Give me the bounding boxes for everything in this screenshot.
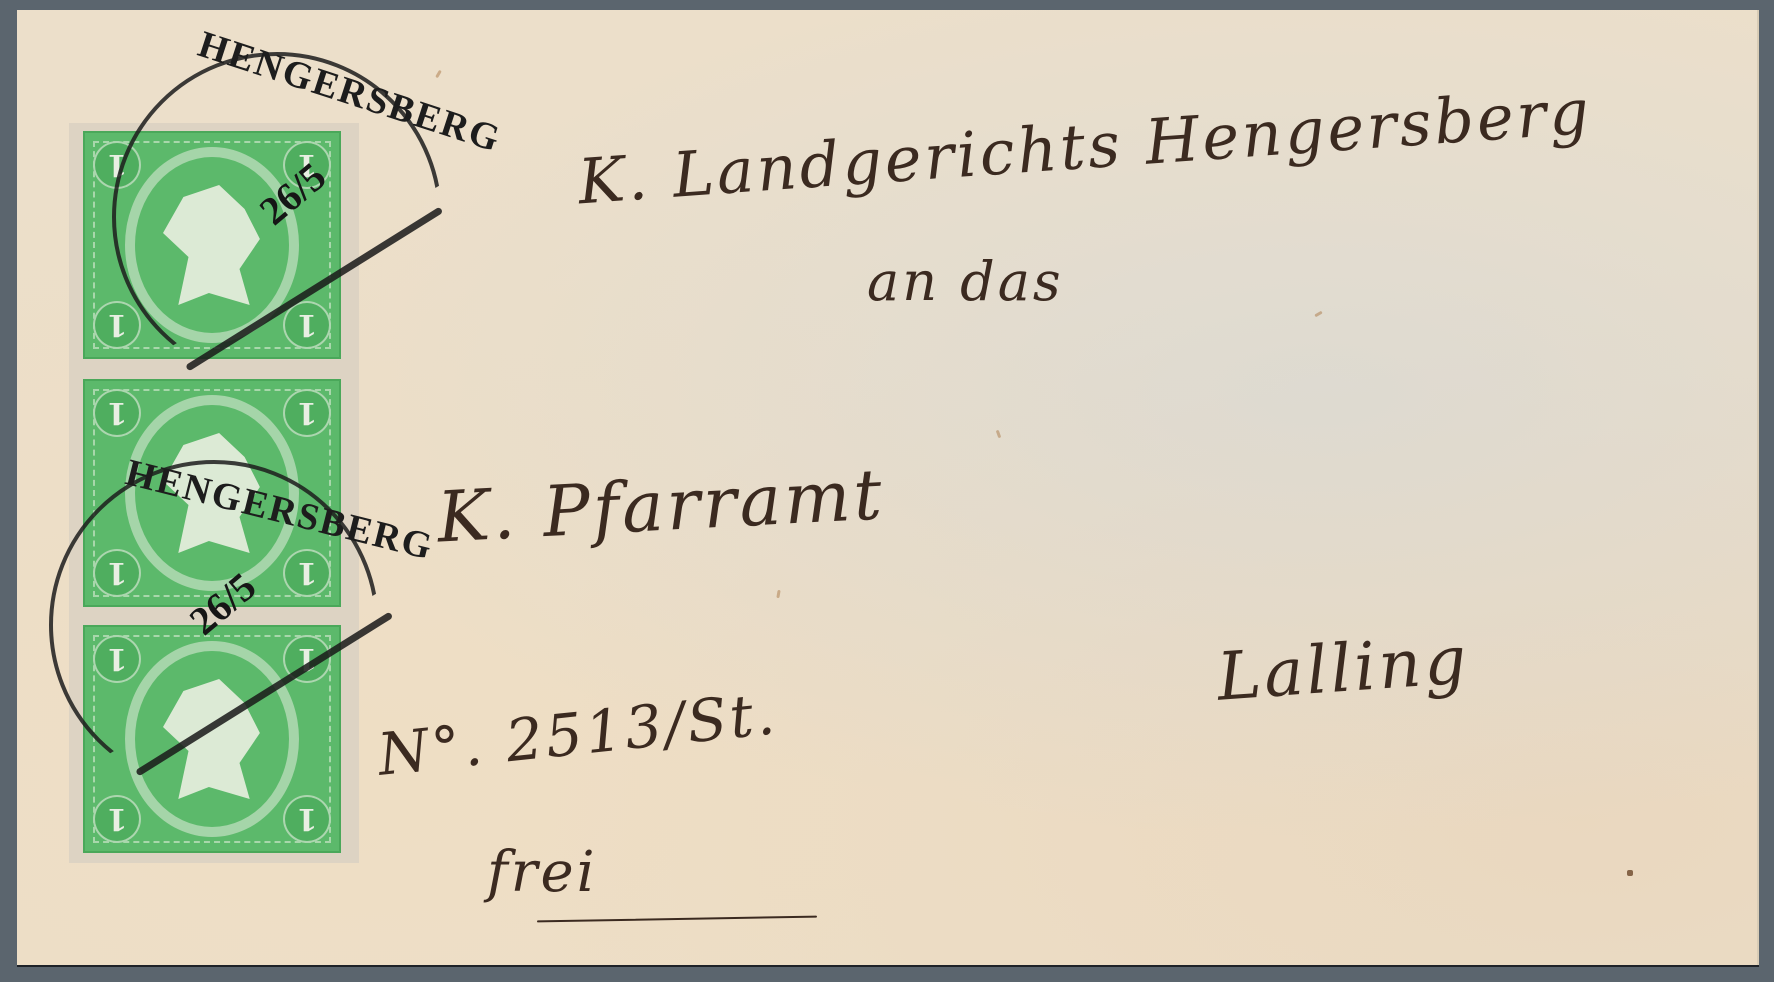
paper-speck — [996, 430, 1002, 439]
address-line-1: K. Landgerichts Hengersberg — [576, 75, 1594, 219]
postage-note: frei — [487, 840, 598, 905]
address-line-4: Lalling — [1215, 621, 1472, 715]
paper-speck — [776, 590, 780, 598]
denomination-bl: 1 — [93, 795, 141, 843]
address-line-2: an das — [867, 250, 1064, 313]
paper-speck — [1627, 870, 1633, 876]
denomination-br: 1 — [283, 795, 331, 843]
postal-cover: 1 1 1 1 1 1 1 1 1 1 1 1 HENGERSBERG 26/5 — [17, 10, 1759, 965]
address-line-3: K. Pfarramt — [435, 453, 886, 558]
paper-speck — [1314, 311, 1322, 318]
note-underline — [537, 916, 817, 923]
denomination-tr: 1 — [283, 389, 331, 437]
paper-speck — [435, 70, 442, 78]
denomination-br: 1 — [283, 301, 331, 349]
denomination-tl: 1 — [93, 389, 141, 437]
reference-number: N°. 2513/St. — [375, 679, 781, 789]
denomination-bl: 1 — [93, 301, 141, 349]
